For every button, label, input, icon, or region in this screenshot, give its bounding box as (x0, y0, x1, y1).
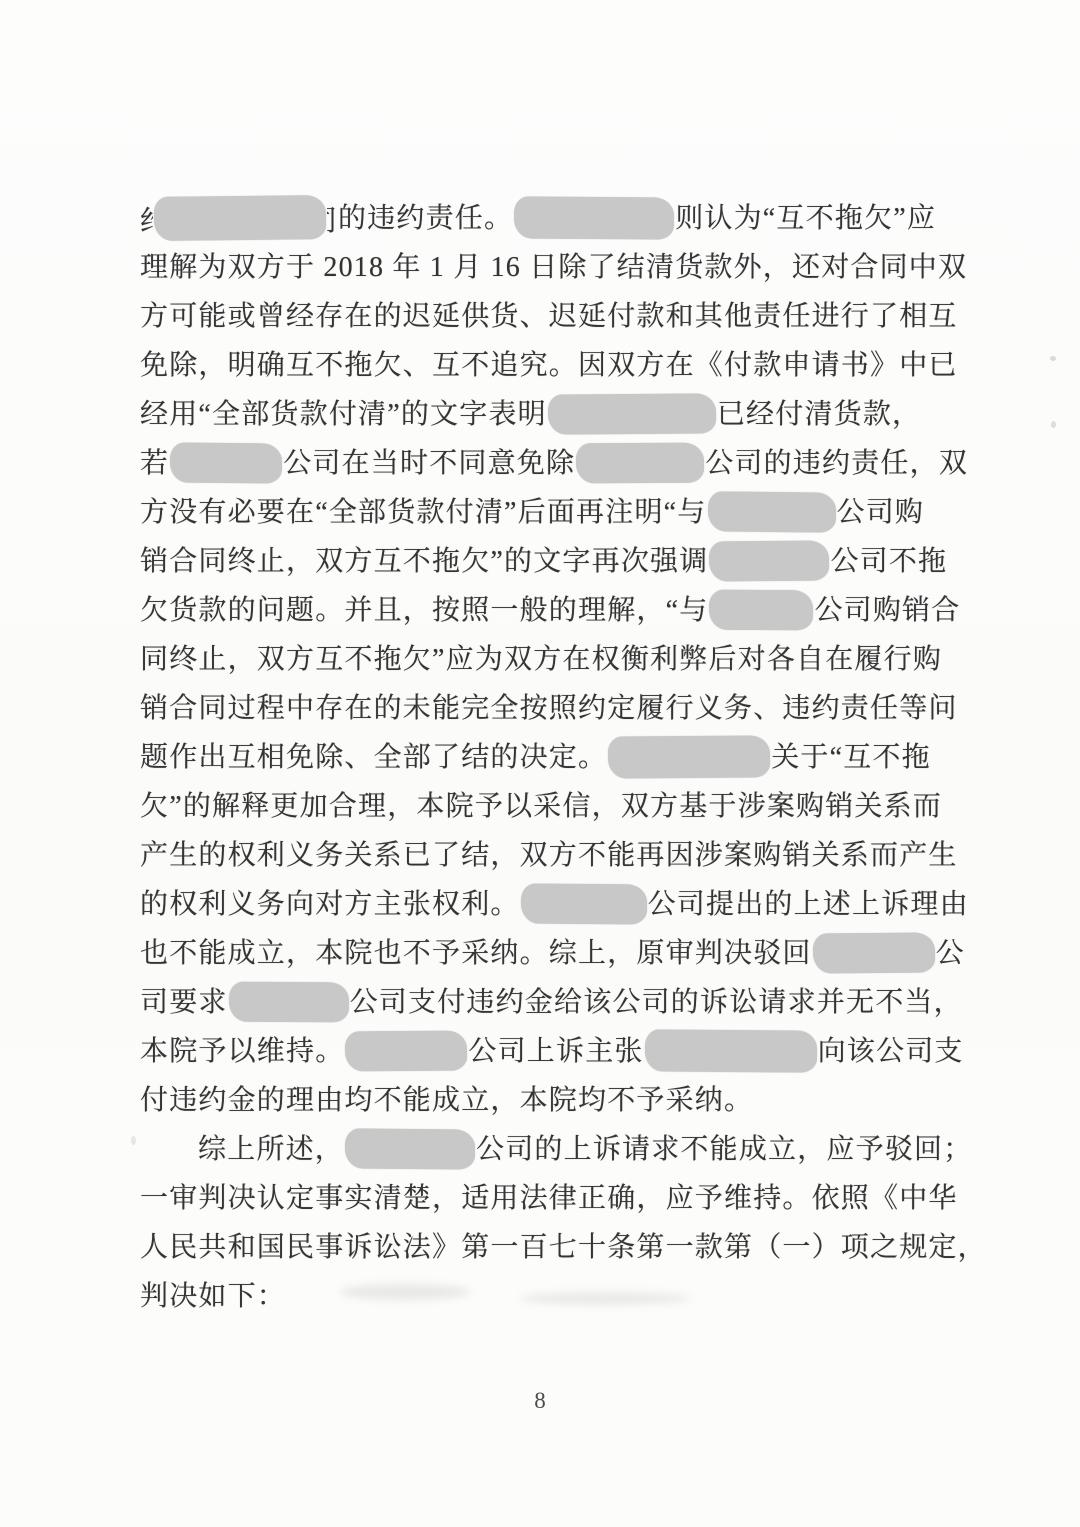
redaction-block (812, 932, 934, 973)
scan-speck (1051, 421, 1056, 428)
scan-speck (131, 1136, 136, 1145)
line-text: 经用“全部货款付清”的文字表明 (140, 399, 547, 430)
text-line: 销合同过程中存在的未能完全按照约定履行义务、违约责任等问 (140, 684, 980, 733)
line-text: 向该公司支 (818, 1036, 964, 1067)
text-line: 欠货款的问题。并且，按照一般的理解，“与公司购销合 (140, 586, 980, 635)
text-line: 产生的权利义务关系已了结，双方不能再因涉案购销关系而产生 (140, 831, 980, 880)
redaction-block (644, 1029, 816, 1072)
line-text: 的违约责任。 (338, 203, 513, 234)
line-text: 公司在当时不同意免除 (283, 448, 575, 479)
line-text: 产生的权利义务关系已了结，双方不能再因涉案购销关系而产生 (140, 840, 958, 871)
line-text: 欠”的解释更加合理，本院予以采信，双方基于涉案购销关系而 (140, 791, 942, 822)
line-text: 公司购 (837, 497, 925, 528)
line-text: 公司的违约责任，双 (705, 448, 968, 479)
line-text: 人民共和国民事诉讼法》第一百七十条第一款第（一）项之规定， (140, 1232, 987, 1263)
line-text: 付违约金的理由均不能成立，本院均不予采纳。 (140, 1085, 753, 1116)
redaction-block (154, 195, 326, 241)
line-text: 同终止，双方互不拖欠”应为双方在权衡利弊后对各自在履行购 (140, 644, 942, 675)
redaction-block (709, 589, 813, 630)
redaction-block (229, 981, 349, 1022)
redaction-block (548, 393, 716, 434)
redaction-block (514, 196, 674, 239)
text-line: 综上所述，公司的上诉请求不能成立，应予驳回； (140, 1125, 980, 1174)
line-text: 的权利义务向对方主张权利。 (140, 889, 520, 920)
text-line: 免除，明确互不拖欠、互不追究。因双方在《付款申请书》中已 (140, 341, 980, 390)
line-text: 题作出互相免除、全部了结的决定。 (140, 742, 607, 773)
line-text: 司要求 (140, 987, 228, 1018)
line-text: 方可能或曾经存在的迟延供货、迟延付款和其他责任进行了相互 (140, 301, 958, 332)
line-text: 公司不拖 (830, 546, 947, 577)
scanned-document-page: 约司的违约责任。则认为“互不拖欠”应理解为双方于 2018 年 1 月 16 日… (0, 0, 1080, 1527)
line-text: 公司的上诉请求不能成立，应予驳回； (476, 1134, 972, 1165)
line-text: 公司支付违约金给该公司的诉讼请求并无不当， (350, 987, 963, 1018)
line-text: 也不能成立，本院也不予采纳。综上，原审判决驳回 (140, 938, 812, 969)
text-line: 方没有必要在“全部货款付清”后面再注明“与公司购 (140, 488, 980, 537)
text-line: 欠”的解释更加合理，本院予以采信，双方基于涉案购销关系而 (140, 782, 980, 831)
redaction-block (709, 540, 829, 581)
text-line: 理解为双方于 2018 年 1 月 16 日除了结清货款外，还对合同中双 (140, 243, 980, 292)
text-line: 同终止，双方互不拖欠”应为双方在权衡利弊后对各自在履行购 (140, 635, 980, 684)
page-number: 8 (0, 1388, 1080, 1414)
text-line: 付违约金的理由均不能成立，本院均不予采纳。 (140, 1076, 980, 1125)
line-text: 销合同过程中存在的未能完全按照约定履行义务、违约责任等问 (140, 693, 958, 724)
text-line: 经用“全部货款付清”的文字表明已经付清货款， (140, 390, 980, 439)
line-text: 则认为“互不拖欠”应 (675, 203, 936, 234)
line-text: 免除，明确互不拖欠、互不追究。因双方在《付款申请书》中已 (140, 350, 958, 381)
scan-smudge (340, 1284, 470, 1300)
text-line: 约司的违约责任。则认为“互不拖欠”应 (140, 194, 980, 243)
line-text: 公司提出的上述上诉理由 (648, 889, 969, 920)
line-text: 一审判决认定事实清楚，适用法律正确，应予维持。依照《中华 (140, 1183, 958, 1214)
redaction-block (520, 883, 646, 924)
line-text: 销合同终止，双方互不拖欠”的文字再次强调 (140, 546, 708, 577)
text-line: 方可能或曾经存在的迟延供货、迟延付款和其他责任进行了相互 (140, 292, 980, 341)
redaction-block (345, 1030, 467, 1071)
line-text: 已经付清货款， (717, 399, 921, 430)
scan-smudge (520, 1292, 690, 1305)
line-text: 公司上诉主张 (468, 1036, 643, 1067)
line-text: 综上所述， (198, 1134, 344, 1165)
text-line: 一审判决认定事实清楚，适用法律正确，应予维持。依照《中华 (140, 1174, 980, 1223)
text-line: 题作出互相免除、全部了结的决定。关于“互不拖 (140, 733, 980, 782)
line-text: 关于“互不拖 (771, 742, 931, 773)
redaction-block (707, 491, 835, 532)
line-text: 欠货款的问题。并且，按照一般的理解，“与 (140, 595, 708, 626)
line-text: 公司购销合 (814, 595, 960, 626)
redaction-block (345, 1128, 475, 1169)
text-line: 人民共和国民事诉讼法》第一百七十条第一款第（一）项之规定， (140, 1223, 980, 1272)
line-text: 公 (936, 938, 965, 969)
scan-speck (1050, 356, 1056, 361)
line-text: 理解为双方于 2018 年 1 月 16 日除了结清货款外，还对合同中双 (140, 252, 967, 283)
text-line: 的权利义务向对方主张权利。公司提出的上述上诉理由 (140, 880, 980, 929)
line-text: 若 (140, 448, 169, 479)
document-body: 约司的违约责任。则认为“互不拖欠”应理解为双方于 2018 年 1 月 16 日… (140, 194, 980, 1321)
redaction-block (608, 735, 770, 778)
partial-character: 司 (327, 197, 338, 246)
redaction-block (170, 442, 282, 483)
line-text: 本院予以维持。 (140, 1036, 344, 1067)
text-line: 销合同终止，双方互不拖欠”的文字再次强调公司不拖 (140, 537, 980, 586)
text-line: 本院予以维持。公司上诉主张向该公司支 (140, 1027, 980, 1076)
line-text: 方没有必要在“全部货款付清”后面再注明“与 (140, 497, 707, 528)
line-text: 判决如下： (140, 1281, 286, 1312)
text-line: 司要求公司支付违约金给该公司的诉讼请求并无不当， (140, 978, 980, 1027)
redaction-block (576, 442, 704, 483)
text-line: 也不能成立，本院也不予采纳。综上，原审判决驳回公 (140, 929, 980, 978)
partial-character: 约 (140, 197, 153, 246)
text-line: 若公司在当时不同意免除公司的违约责任，双 (140, 439, 980, 488)
